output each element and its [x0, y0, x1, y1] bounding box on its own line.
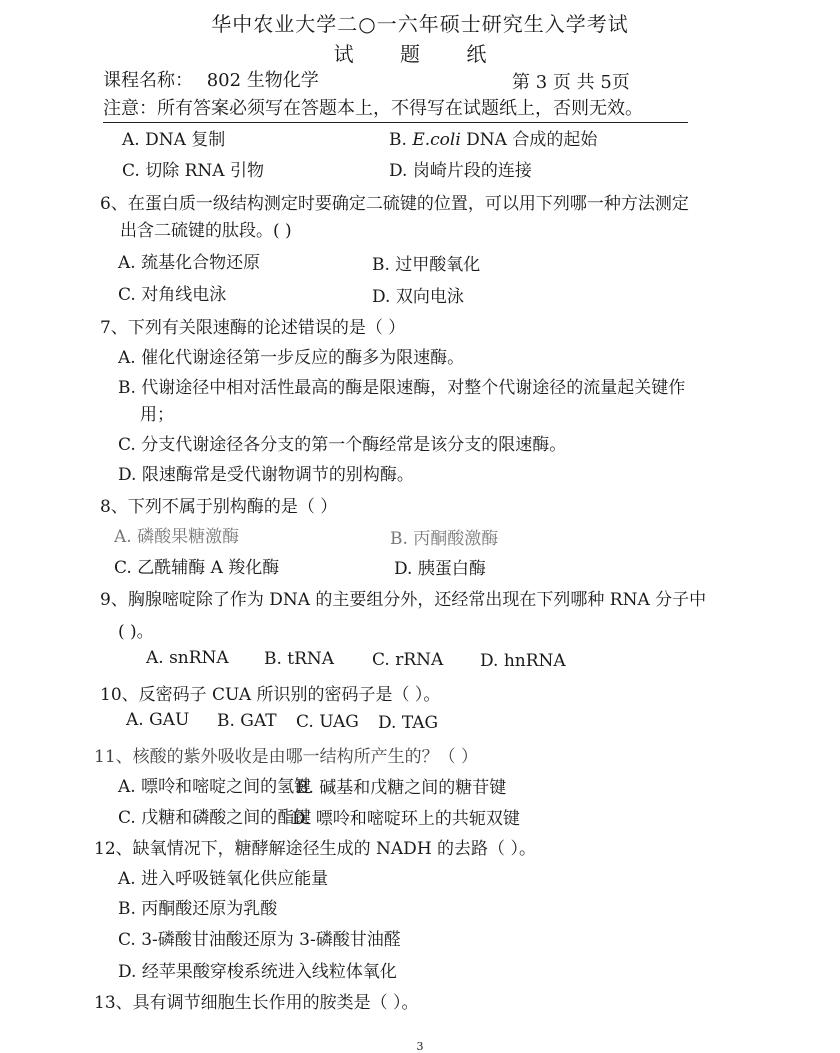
q12-option-d: D. 经苹果酸穿梭系统进入线粒体氧化	[118, 957, 397, 982]
q7-option-d: D. 限速酶常是受代谢物调节的别构酶。	[118, 460, 414, 485]
q5-option-b-suffix: DNA 合成的起始	[461, 130, 598, 150]
q11-option-b: B. 碱基和戊糖之间的糖苷键	[296, 773, 506, 798]
q7-option-c: C. 分支代谢途径各分支的第一个酶经常是该分支的限速酶。	[118, 430, 566, 455]
q9-option-c: C. rRNA	[372, 650, 443, 670]
q5-option-d: D. 岗崎片段的连接	[389, 156, 532, 181]
q6-option-c: C. 对角线电泳	[118, 280, 226, 305]
q6-stem-line1: 6、在蛋白质一级结构测定时要确定二硫键的位置，可以用下列哪一种方法测定	[100, 189, 689, 214]
q7-option-b-line2: 用；	[140, 400, 174, 425]
q12-option-b: B. 丙酮酸还原为乳酸	[118, 894, 277, 919]
exam-title: 华中农业大学二○一六年硕士研究生入学考试	[0, 8, 840, 37]
course-name: 802 生物化学	[207, 70, 319, 91]
q8-option-d: D. 胰蛋白酶	[394, 554, 486, 579]
page-number: 3	[0, 1040, 840, 1053]
q7-option-b-line1: B. 代谢途径中相对活性最高的酶是限速酶，对整个代谢途径的流量起关键作	[118, 373, 685, 398]
q13-stem: 13、具有调节细胞生长作用的胺类是（ ）。	[94, 988, 419, 1013]
q5-option-b: B. E.coli DNA 合成的起始	[389, 125, 597, 150]
q10-option-a: A. GAU	[126, 710, 189, 730]
q9-option-b: B. tRNA	[264, 649, 334, 669]
q6-option-a: A. 巯基化合物还原	[118, 248, 260, 273]
q8-option-b: B. 丙酮酸激酶	[390, 524, 498, 549]
q10-option-b: B. GAT	[217, 711, 277, 731]
q6-option-b: B. 过甲酸氧化	[372, 250, 480, 275]
q8-option-a: A. 磷酸果糖激酶	[114, 522, 239, 547]
q9-stem-line2: ( )。	[118, 617, 154, 642]
q11-option-d: D. 嘌呤和嘧啶环上的共轭双键	[292, 804, 520, 829]
q12-option-a: A. 进入呼吸链氧化供应能量	[118, 864, 328, 889]
notice: 注意：所有答案必须写在答题本上，不得写在试题纸上，否则无效。	[103, 94, 688, 123]
q8-stem: 8、下列不属于别构酶的是（ ）	[100, 492, 337, 517]
q12-option-c: C. 3-磷酸甘油酸还原为 3-磷酸甘油醛	[118, 925, 401, 950]
page-info: 第 3 页 共 5页	[512, 68, 630, 94]
q9-stem-line1: 9、胸腺嘧啶除了作为 DNA 的主要组分外，还经常出现在下列哪种 RNA 分子中	[100, 585, 706, 610]
course-info: 课程名称： 802 生物化学	[103, 66, 319, 92]
q10-option-c: C. UAG	[296, 712, 359, 732]
q7-stem: 7、下列有关限速酶的论述错误的是（ ）	[100, 313, 405, 338]
exam-subtitle: 试 题 纸	[0, 38, 840, 67]
q6-option-d: D. 双向电泳	[372, 282, 464, 307]
q11-option-a: A. 嘌呤和嘧啶之间的氢键	[118, 772, 311, 797]
q11-stem: 11、核酸的紫外吸收是由哪一结构所产生的？（ ）	[94, 742, 478, 767]
q6-stem-line2: 出含二硫键的肽段。( )	[120, 216, 292, 241]
q12-stem: 12、缺氧情况下，糖酵解途径生成的 NADH 的去路（ ）。	[94, 834, 536, 859]
q5-option-b-prefix: B.	[389, 130, 412, 150]
q5-option-b-italic: E.coli	[412, 130, 460, 150]
course-label: 课程名称：	[103, 70, 193, 91]
q9-option-d: D. hnRNA	[480, 651, 566, 671]
q10-option-d: D. TAG	[378, 713, 438, 733]
q10-stem: 10、反密码子 CUA 所识别的密码子是（ ）。	[100, 680, 440, 705]
q7-option-a: A. 催化代谢途径第一步反应的酶多为限速酶。	[118, 343, 464, 368]
q5-option-c: C. 切除 RNA 引物	[122, 156, 264, 181]
q9-option-a: A. snRNA	[146, 648, 229, 668]
q11-option-c: C. 戊糖和磷酸之间的酯键	[118, 803, 311, 828]
q5-option-a: A. DNA 复制	[122, 125, 225, 150]
q8-option-c: C. 乙酰辅酶 A 羧化酶	[114, 553, 279, 578]
